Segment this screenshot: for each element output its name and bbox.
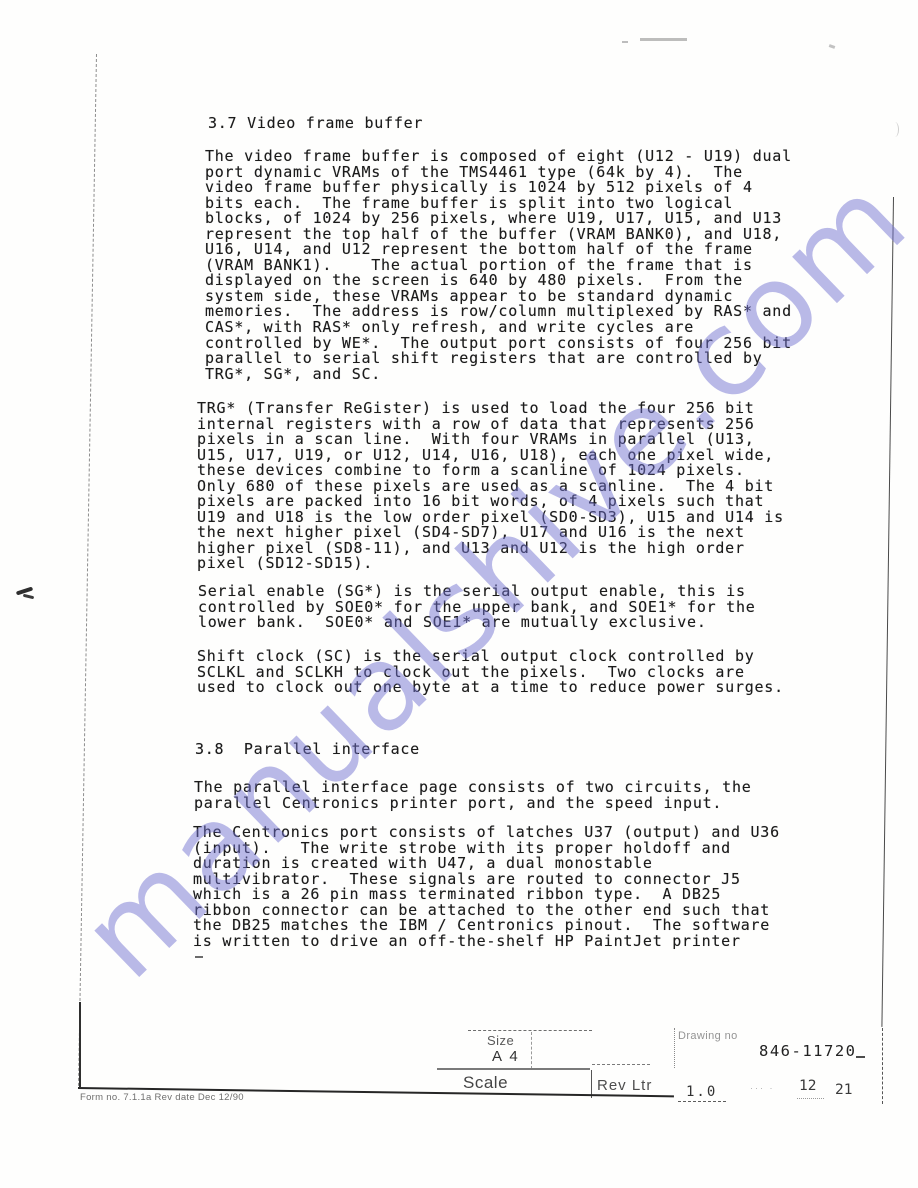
section-heading-3-8: 3.8 Parallel interface: [195, 742, 420, 758]
stray-dash-artifact: [195, 956, 203, 958]
title-block-size-top-line: [468, 1030, 592, 1031]
size-label: Size: [487, 1033, 514, 1048]
sheet-current-number: 12: [799, 1078, 816, 1094]
title-block-size-divider: [531, 1032, 532, 1069]
paragraph-serial-enable: Serial enable (SG*) is the serial output…: [198, 584, 756, 631]
paragraph-video-frame-buffer-1: The video frame buffer is composed of ei…: [205, 149, 792, 382]
scan-curve-artifact: [891, 122, 899, 137]
paragraph-parallel-interface: The parallel interface page consists of …: [194, 780, 752, 811]
drawing-number-value: 846-11720: [759, 1042, 857, 1060]
scale-label: Scale: [463, 1073, 508, 1093]
section-heading-3-7: 3.7 Video frame buffer: [208, 116, 423, 132]
rev-value-underline: [678, 1101, 726, 1102]
page-right-border-line: [881, 197, 894, 1027]
size-value: A 4: [492, 1048, 520, 1065]
title-block-drawing-divider: [674, 1028, 675, 1068]
scan-dash-artifact: [640, 38, 687, 41]
scan-dash-artifact: [622, 41, 628, 43]
page-right-border-line-dashed: [882, 1028, 883, 1104]
paragraph-centronics-port: The Centronics port consists of latches …: [193, 825, 780, 949]
paragraph-trg-register: TRG* (Transfer ReGister) is used to load…: [197, 401, 784, 572]
title-block-rev-top-line: [592, 1064, 650, 1065]
form-number-note: Form no. 7.1.1a Rev date Dec 12/90: [80, 1092, 244, 1103]
scanned-document-page: 3.7 Video frame buffer The video frame b…: [0, 0, 918, 1188]
drawing-number-tail-dash: [856, 1056, 865, 1058]
rev-value: 1.0: [686, 1084, 717, 1100]
page-left-border-line: [78, 54, 97, 1086]
scan-mark-artifact: [829, 44, 836, 49]
title-block-mid-line: [437, 1068, 590, 1070]
sheet-number-underline: [797, 1098, 824, 1099]
page-left-border-line-solid: [79, 1002, 81, 1087]
rev-letter-label: Rev Ltr: [597, 1077, 652, 1094]
ink-smudge-artifact: [23, 594, 34, 600]
sheet-faint-marks: ··· ·: [750, 1083, 775, 1093]
paragraph-shift-clock: Shift clock (SC) is the serial output cl…: [197, 649, 784, 696]
sheet-total-number: 21: [835, 1082, 852, 1098]
drawing-number-label: Drawing no: [678, 1030, 738, 1042]
